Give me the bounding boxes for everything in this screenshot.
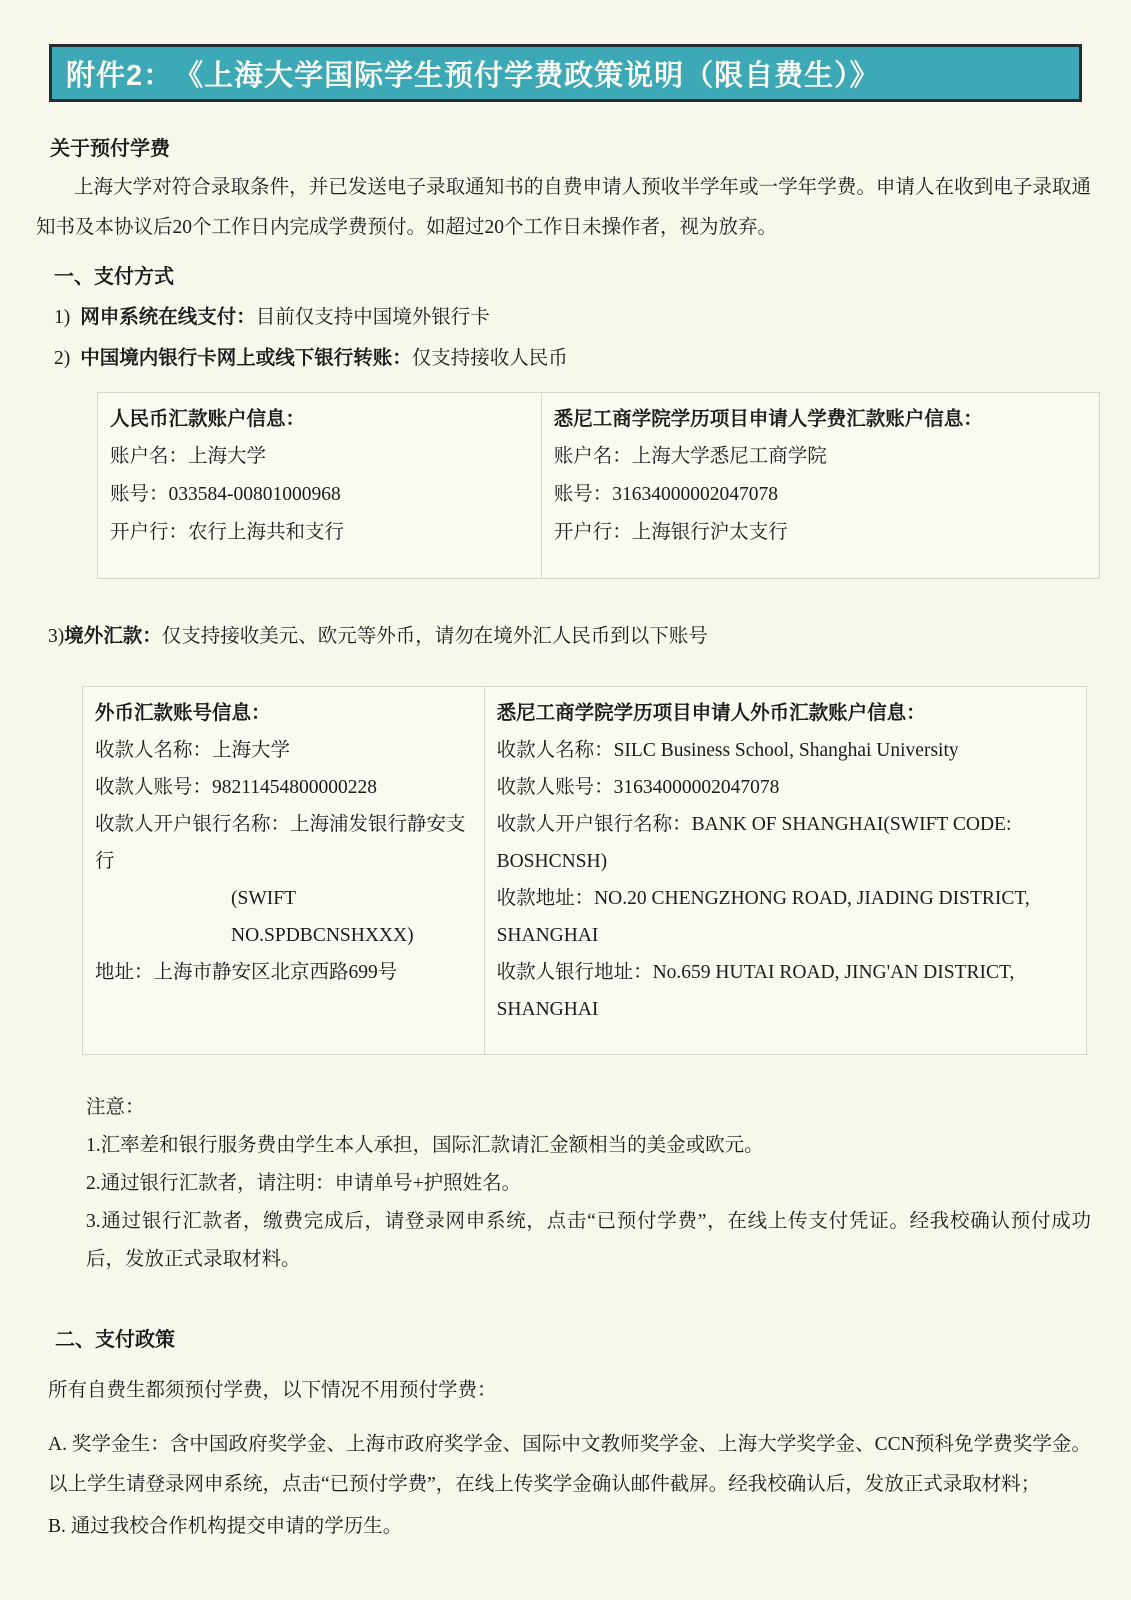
policy-intro: 所有自费生都须预付学费，以下情况不用预付学费： xyxy=(48,1371,1091,1411)
item-text: 仅支持接收人民币 xyxy=(412,348,568,369)
table-row: 账号：31634000002047078 xyxy=(554,476,1087,514)
table-row: 收款地址：NO.20 CHENGZHONG ROAD, JIADING DIST… xyxy=(497,880,1074,954)
table-row: 开户行：农行上海共和支行 xyxy=(110,514,529,552)
payment-method-3: 3)境外汇款：仅支持接收美元、欧元等外币，请勿在境外汇人民币到以下账号 xyxy=(48,623,1091,650)
cell-header: 悉尼工商学院学历项目申请人学费汇款账户信息： xyxy=(554,401,1087,438)
notes-title: 注意： xyxy=(86,1089,1091,1127)
note-item-3: 3.通过银行汇款者，缴费完成后，请登录网申系统，点击“已预付学费”，在线上传支付… xyxy=(86,1203,1091,1279)
attachment-banner: 附件2： 《上海大学国际学生预付学费政策说明（限自费生）》 xyxy=(49,44,1082,102)
table-row: 账户名：上海大学悉尼工商学院 xyxy=(554,438,1087,476)
cell-header: 外币汇款账号信息： xyxy=(95,695,472,732)
item-label: 境外汇款： xyxy=(64,625,162,647)
table-row: 收款人开户银行名称：上海浦发银行静安支行 xyxy=(95,806,472,880)
item-text: 仅支持接收美元、欧元等外币，请勿在境外汇人民币到以下账号 xyxy=(162,626,708,647)
foreign-cn-account-cell: 外币汇款账号信息： 收款人名称：上海大学 收款人账号：9821145480000… xyxy=(83,687,485,1055)
swift-code-row: (SWIFT NO.SPDBCNSHXXX) xyxy=(95,880,472,954)
document-body: 关于预付学费 上海大学对符合录取条件，并已发送电子录取通知书的自费申请人预收半学… xyxy=(0,136,1131,1547)
prepay-paragraph: 上海大学对符合录取条件，并已发送电子录取通知书的自费申请人预收半学年或一学年学费… xyxy=(36,168,1091,248)
item-number: 3) xyxy=(48,626,64,647)
table-row: 地址：上海市静安区北京西路699号 xyxy=(95,954,472,991)
payment-method-1: 1)网申系统在线支付：目前仅支持中国境外银行卡 xyxy=(54,304,1091,331)
table-row: 开户行：上海银行沪太支行 xyxy=(554,514,1087,552)
notes-block: 注意： 1.汇率差和银行服务费由学生本人承担，国际汇款请汇金额相当的美金或欧元。… xyxy=(86,1089,1091,1279)
section-heading-payment-policy: 二、支付政策 xyxy=(55,1327,1091,1353)
policy-item-a: A. 奖学金生：含中国政府奖学金、上海市政府奖学金、国际中文教师奖学金、上海大学… xyxy=(48,1425,1091,1505)
item-label: 中国境内银行卡网上或线下银行转账： xyxy=(80,347,412,369)
policy-item-b: B. 通过我校合作机构提交申请的学历生。 xyxy=(48,1507,1091,1547)
item-number: 1) xyxy=(54,307,70,328)
cell-header: 悉尼工商学院学历项目申请人外币汇款账户信息： xyxy=(497,695,1074,732)
table-row: 账户名：上海大学 xyxy=(110,438,529,476)
rmb-account-table: 人民币汇款账户信息： 账户名：上海大学 账号：033584-0080100096… xyxy=(97,392,1100,579)
table-row: 收款人开户银行名称：BANK OF SHANGHAI(SWIFT CODE: B… xyxy=(497,806,1074,880)
section-heading-payment-methods: 一、支付方式 xyxy=(54,264,1091,290)
table-row: 账号：033584-00801000968 xyxy=(110,476,529,514)
foreign-currency-account-table: 外币汇款账号信息： 收款人名称：上海大学 收款人账号：9821145480000… xyxy=(82,686,1087,1055)
table-row: 收款人账号：98211454800000228 xyxy=(95,769,472,806)
table-row: 收款人银行地址：No.659 HUTAI ROAD, JING'AN DISTR… xyxy=(497,954,1074,1028)
item-text: 目前仅支持中国境外银行卡 xyxy=(256,307,490,328)
table-row: 收款人名称：上海大学 xyxy=(95,732,472,769)
note-item-2: 2.通过银行汇款者，请注明：申请单号+护照姓名。 xyxy=(86,1165,1091,1203)
section-heading-prepay: 关于预付学费 xyxy=(50,136,1091,162)
item-number: 2) xyxy=(54,348,70,369)
item-label: 网申系统在线支付： xyxy=(80,306,256,328)
note-item-1: 1.汇率差和银行服务费由学生本人承担，国际汇款请汇金额相当的美金或欧元。 xyxy=(86,1127,1091,1165)
payment-method-2: 2)中国境内银行卡网上或线下银行转账：仅支持接收人民币 xyxy=(54,345,1091,372)
foreign-silc-account-cell: 悉尼工商学院学历项目申请人外币汇款账户信息： 收款人名称：SILC Busine… xyxy=(484,687,1086,1055)
banner-title: 附件2： 《上海大学国际学生预付学费政策说明（限自费生）》 xyxy=(66,53,880,94)
cell-header: 人民币汇款账户信息： xyxy=(110,401,529,438)
table-row: 收款人账号：31634000002047078 xyxy=(497,769,1074,806)
table-row: 收款人名称：SILC Business School, Shanghai Uni… xyxy=(497,732,1074,769)
rmb-cn-account-cell: 人民币汇款账户信息： 账户名：上海大学 账号：033584-0080100096… xyxy=(98,393,542,579)
rmb-silc-account-cell: 悉尼工商学院学历项目申请人学费汇款账户信息： 账户名：上海大学悉尼工商学院 账号… xyxy=(541,393,1099,579)
